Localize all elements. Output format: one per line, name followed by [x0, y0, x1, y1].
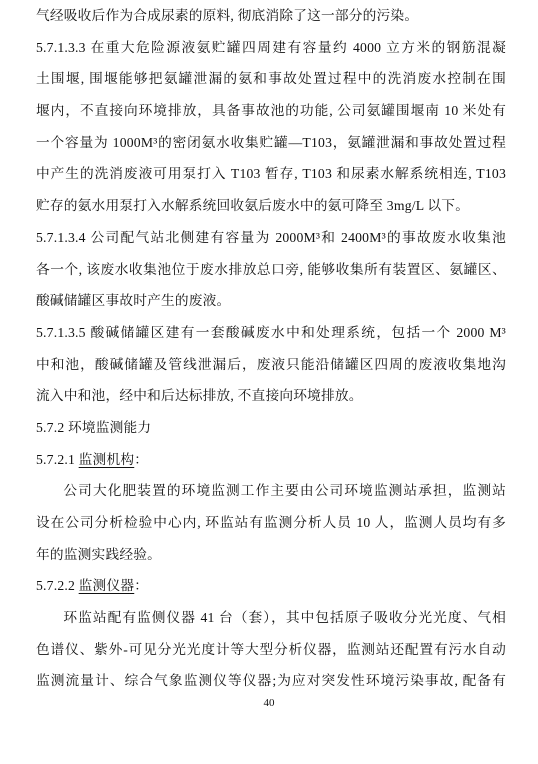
text-segment: ： — [134, 452, 148, 467]
page-number: 40 — [0, 697, 538, 709]
text-line: 酸碱储罐区事故时产生的废液。 — [36, 285, 506, 317]
text-line: 环监站配有监侧仪器 41 台（套），其中包括原子吸收分光光度、气相 — [36, 602, 506, 634]
text-line: 气经吸收后作为合成尿素的原料, 彻底消除了这一部分的污染。 — [36, 0, 506, 32]
text-line: 一个容量为 1000M³的密闭氨水收集贮罐—T103，氨罐泄漏和事故处置过程 — [36, 127, 506, 159]
text-line: 设在公司分析检验中心内, 环监站有监测分析人员 10 人，监测人员均有多 — [36, 507, 506, 539]
section-heading-5-7-2: 5.7.2 环境监测能力 — [36, 412, 506, 444]
paragraph-5-7-1-3-5: 5.7.1.3.5 酸碱储罐区建有一套酸碱废水中和处理系统，包括一个 2000 … — [36, 317, 506, 349]
underlined-text: 监测仪器 — [79, 578, 135, 593]
text-line: 贮存的氨水用泵打入水解系统回收氨后废水中的氨可降至 3mg/L 以下。 — [36, 190, 506, 222]
paragraph-5-7-1-3-4: 5.7.1.3.4 公司配气站北侧建有容量为 2000M³和 2400M³的事故… — [36, 222, 506, 254]
subsection-heading-5-7-2-1: 5.7.2.1 监测机构： — [36, 444, 506, 476]
underlined-text: 监测机构 — [79, 452, 135, 467]
text-line: 土围堰, 围堰能够把氨罐泄漏的氨和事故处置过程中的洗消废水控制在围 — [36, 63, 506, 95]
paragraph-5-7-1-3-3: 5.7.1.3.3 在重大危险源液氨贮罐四周建有容量约 4000 立方米的钢筋混… — [36, 32, 506, 64]
subsection-heading-5-7-2-2: 5.7.2.2 监测仪器： — [36, 570, 506, 602]
text-segment: 5.7.2.2 — [36, 578, 79, 593]
document-lines: 气经吸收后作为合成尿素的原料, 彻底消除了这一部分的污染。5.7.1.3.3 在… — [36, 0, 506, 697]
text-line: 堰内，不直接向环境排放，具备事故池的功能, 公司氨罐围堰南 10 米处有 — [36, 95, 506, 127]
text-segment: 5.7.2.1 — [36, 452, 79, 467]
text-line: 色谱仪、紫外-可见分光光度计等大型分析仪器，监测站还配置有污水自动 — [36, 634, 506, 666]
text-line: 流入中和池，经中和后达标排放, 不直接向环境排放。 — [36, 380, 506, 412]
text-line: 年的监测实践经验。 — [36, 539, 506, 571]
text-line: 各一个, 该废水收集池位于废水排放总口旁, 能够收集所有装置区、氨罐区、 — [36, 254, 506, 286]
text-line: 中和池，酸碱储罐及管线泄漏后，废液只能沿储罐区四周的废液收集地沟 — [36, 349, 506, 381]
document-page: 气经吸收后作为合成尿素的原料, 彻底消除了这一部分的污染。5.7.1.3.3 在… — [0, 0, 538, 764]
text-line: 中产生的洗消废液可用泵打入 T103 暂存, T103 和尿素水解系统相连, T… — [36, 158, 506, 190]
text-segment: ： — [134, 578, 148, 593]
text-line: 监测流量计、综合气象监测仪等仪器;为应对突发性环境污染事故, 配备有 — [36, 665, 506, 697]
text-line: 公司大化肥装置的环境监测工作主要由公司环境监测站承担，监测站 — [36, 475, 506, 507]
